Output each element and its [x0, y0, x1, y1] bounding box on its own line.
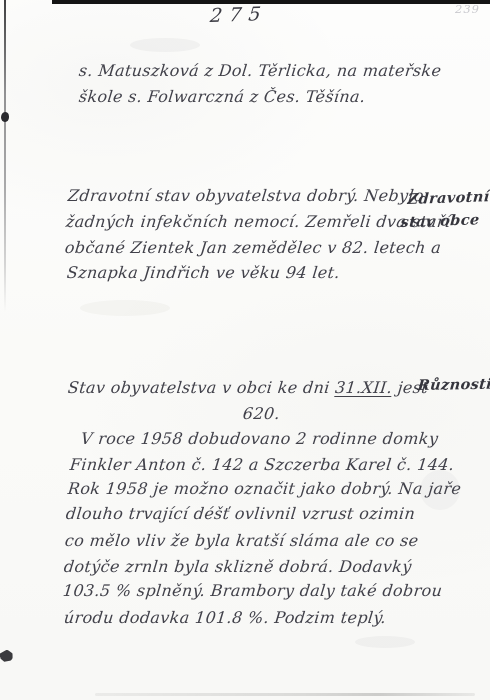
report-line: Rok 1958 je možno označit jako dobrý. Na… [67, 479, 462, 498]
report-line: 103.5 % splněný. Brambory daly také dobr… [62, 581, 443, 600]
margin-note-misc: Různosti [417, 376, 490, 394]
report-line: V roce 1958 dobudovano 2 rodinne domky [80, 429, 439, 448]
report-line: úrodu dodavka 101.8 %. Podzim teplý. [63, 608, 387, 627]
scan-edge-top [52, 0, 490, 4]
report-line: Finkler Anton č. 142 a Szczerba Karel č.… [69, 455, 455, 474]
report-line: co mělo vliv že byla kratší sláma ale co… [64, 531, 420, 550]
margin-note-health: stav obce [400, 211, 480, 231]
scanned-chronicle-page: 275 239 s. Matuszková z Dol. Těrlicka, n… [0, 0, 490, 700]
health-line: žadných infekčních nemocí. Zemřeli dva s… [65, 212, 451, 231]
health-line: občané Zientek Jan zemědělec v 82. letec… [64, 238, 442, 257]
report-line: dlouho trvající déšť ovlivnil vzrust ozi… [65, 504, 416, 523]
health-line: Zdravotní stav obyvatelstva dobrý. Nebyl… [67, 186, 425, 205]
page-number: 275 [209, 3, 269, 27]
intro-line: s. Matuszková z Dol. Těrlicka, na mateřs… [78, 61, 442, 80]
population-line: Stav obyvatelstva v obci ke dni 31.XII. … [67, 378, 429, 397]
population-date: 31.XII. [334, 378, 393, 397]
scan-crease-left [4, 0, 6, 312]
corner-page-number: 239 [455, 2, 480, 16]
margin-note-health: Zdravotní [407, 188, 490, 208]
stray-ink-mark [0, 648, 15, 663]
paper-smudge [130, 38, 200, 52]
population-count: 620. [242, 404, 281, 423]
report-line: dotýče zrnln byla sklizně dobrá. Dodavký [63, 557, 413, 576]
health-line: Sznapka Jindřich ve věku 94 let. [66, 263, 341, 282]
population-line-part: Stav obyvatelstva v obci ke dni [67, 378, 336, 397]
intro-line: škole s. Folwarczná z Čes. Těšína. [78, 87, 366, 106]
ink-blob [1, 112, 9, 122]
scan-streak-bottom [95, 693, 475, 696]
paper-smudge [355, 636, 415, 648]
paper-smudge [80, 300, 170, 316]
